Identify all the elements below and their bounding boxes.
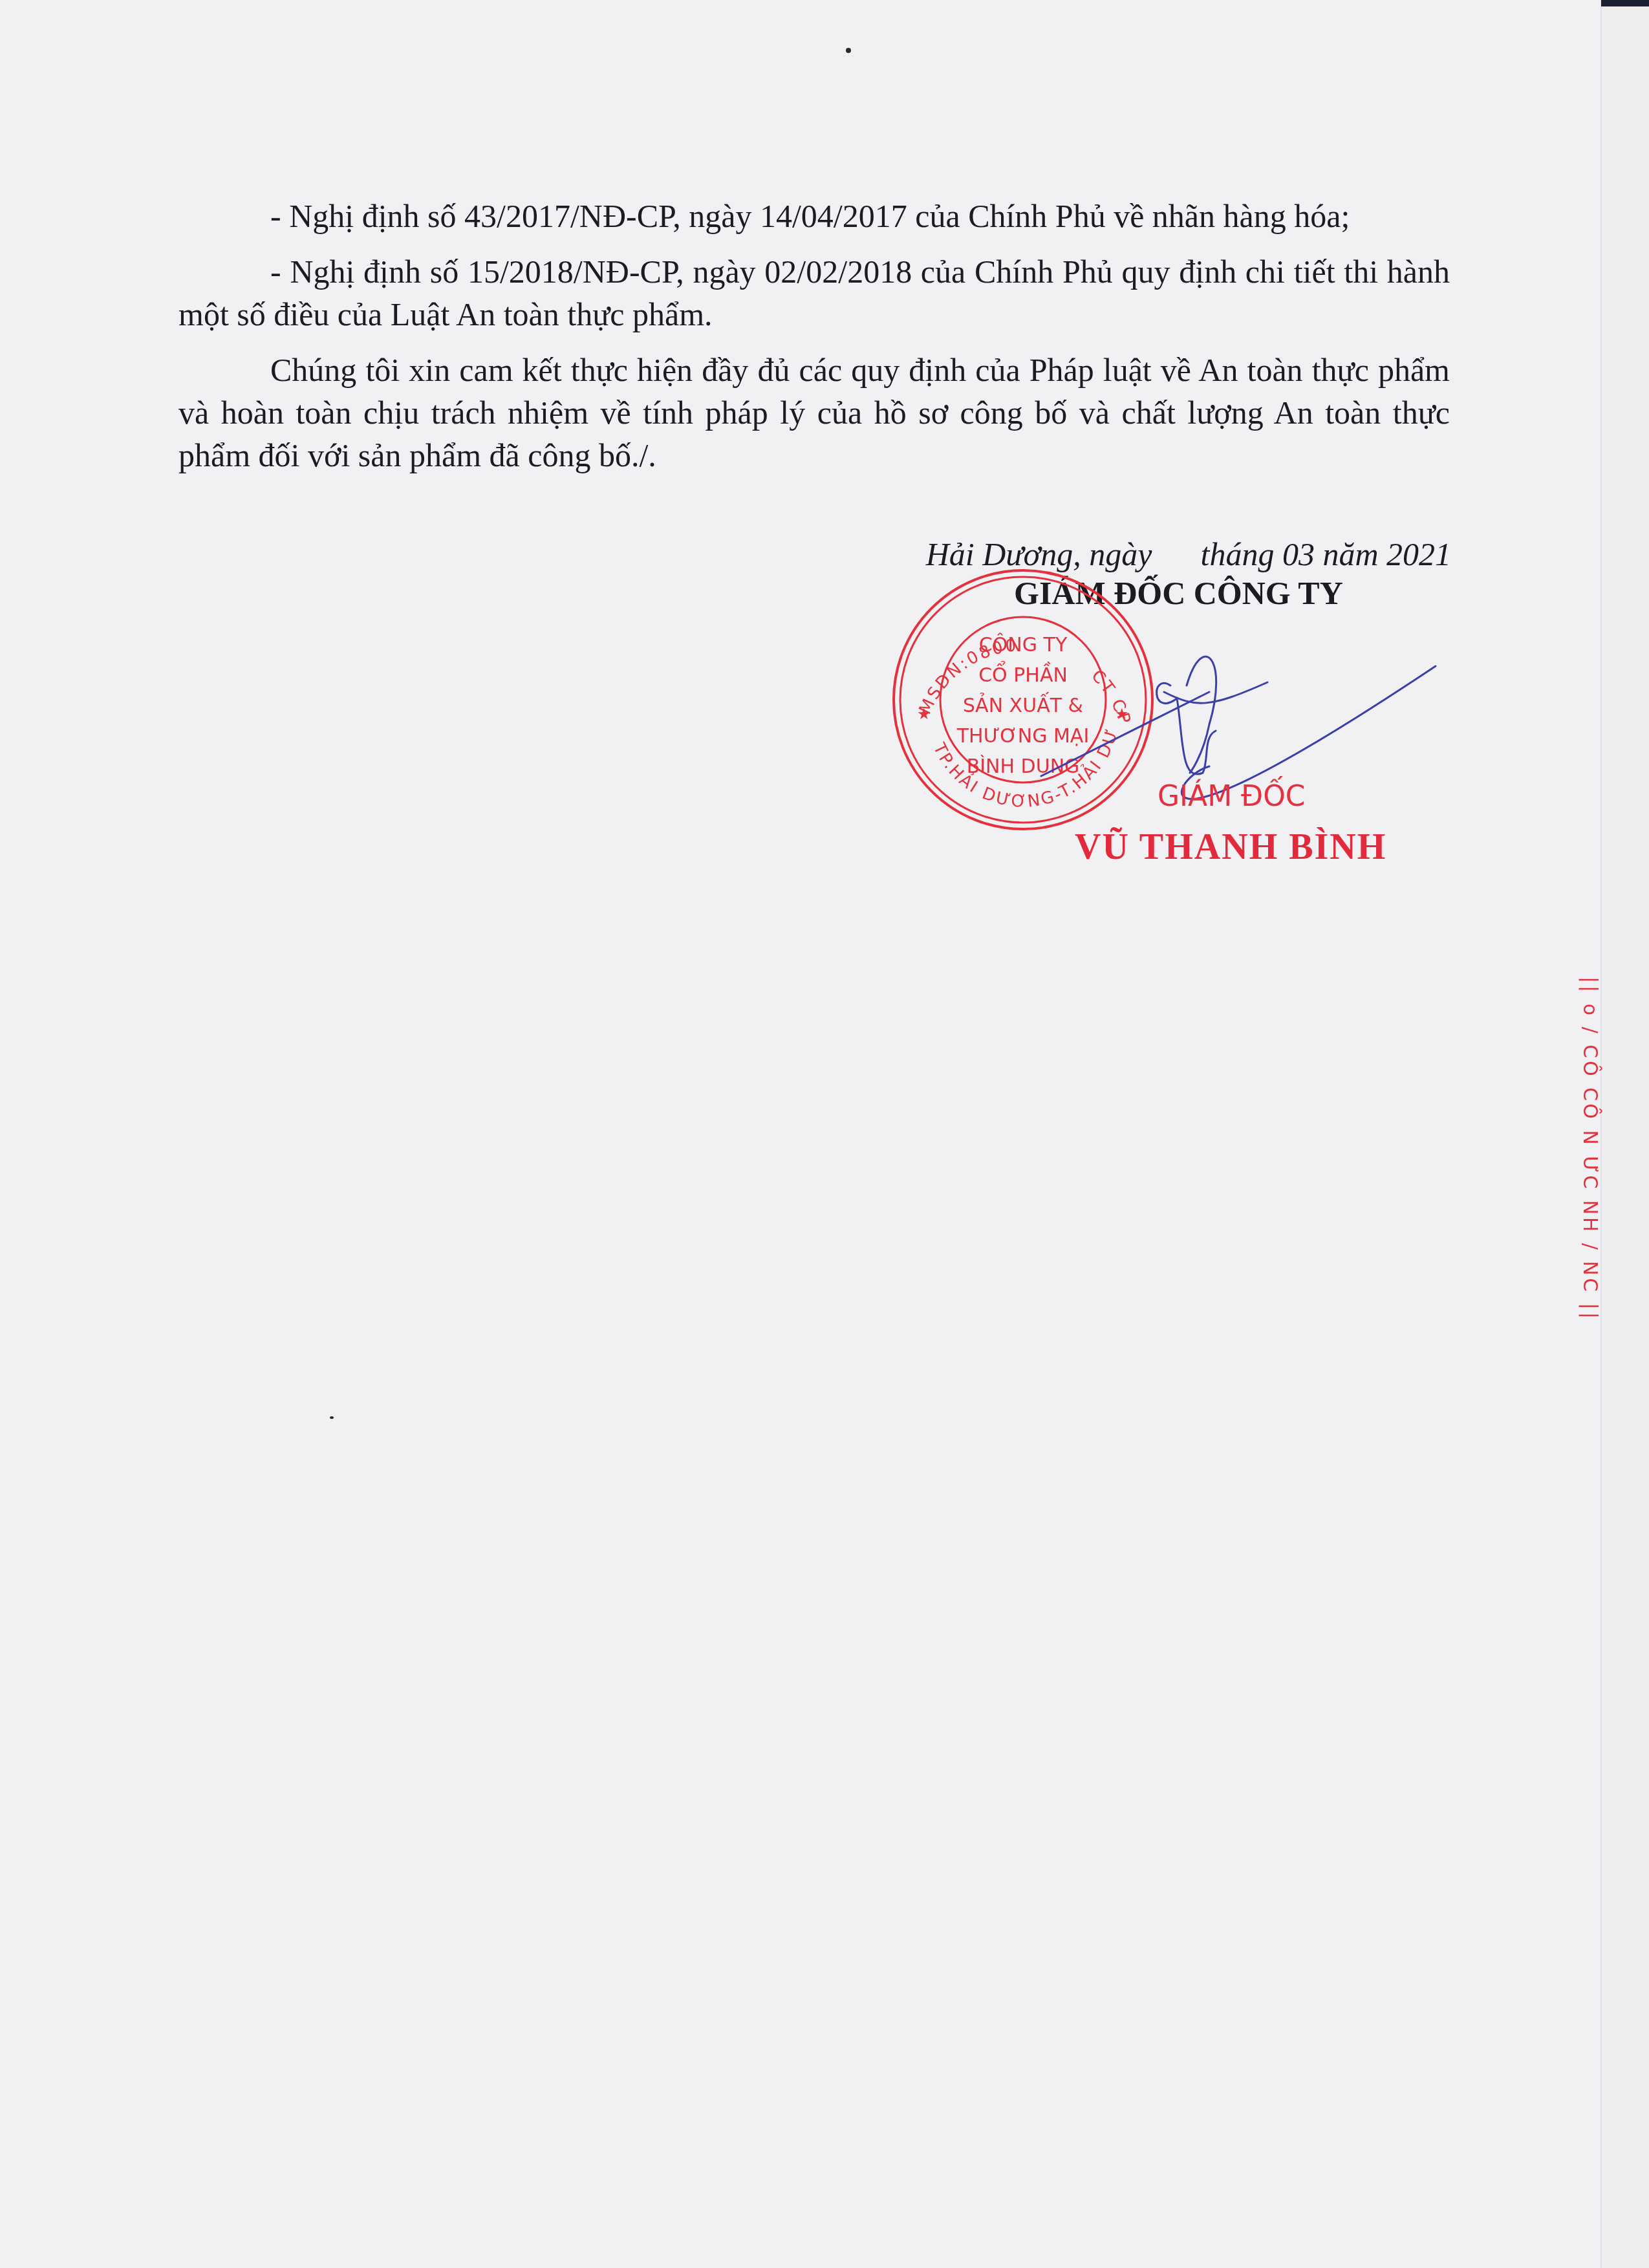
handwritten-signature [1048,634,1436,789]
svg-text:★: ★ [917,705,931,723]
scan-speck [330,1416,334,1419]
paragraph-commitment: Chúng tôi xin cam kết thực hiện đầy đủ c… [178,349,1450,477]
page-edge-shadow [1601,0,1649,6]
page-edge-strip [1600,0,1649,2268]
page-edge-stamp-fragment: || o / CÔ CÔ N ƯC NH / NC || [1577,977,1602,1261]
signature-scribble-icon [1048,634,1436,789]
paragraph-decree-43: - Nghị định số 43/2017/NĐ-CP, ngày 14/04… [178,195,1450,237]
signer-name-stamp: VŨ THANH BÌNH [1075,826,1386,868]
edge-stamp-text: || o / CÔ CÔ N ƯC NH / NC || [1579,977,1601,1261]
paragraph-decree-15: - Nghị định số 15/2018/NĐ-CP, ngày 02/02… [178,250,1450,336]
scan-speck [846,48,851,53]
document-body: - Nghị định số 43/2017/NĐ-CP, ngày 14/04… [178,195,1450,490]
signer-role-stamp: GIÁM ĐỐC [1158,780,1306,813]
